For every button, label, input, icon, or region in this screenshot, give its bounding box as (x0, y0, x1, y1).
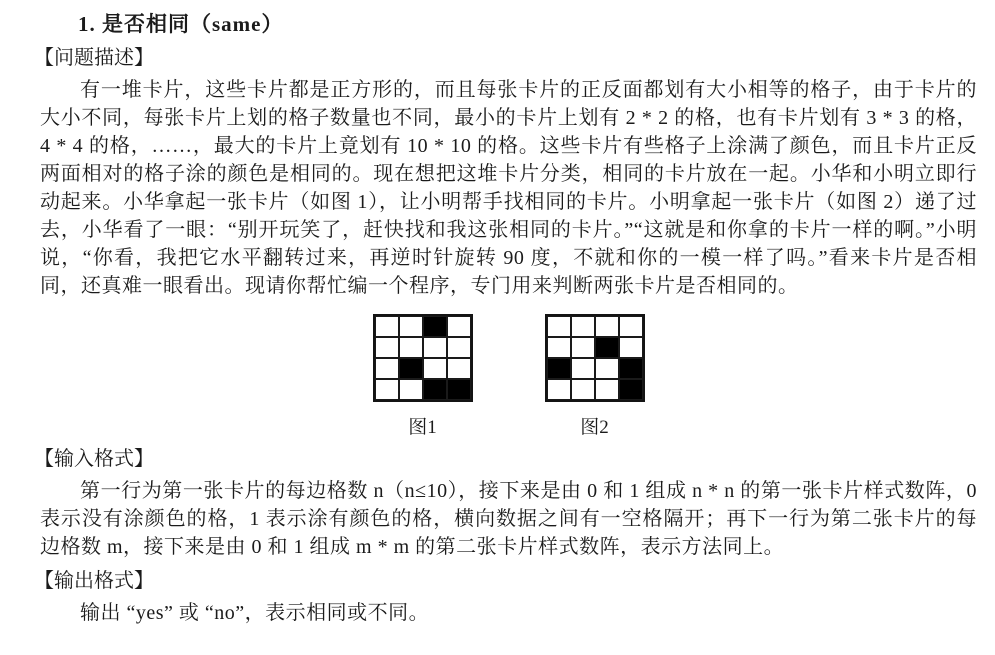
empty-cell (595, 358, 619, 379)
filled-cell (423, 379, 447, 400)
input-description: 第一行为第一张卡片的每边格数 n（n≤10），接下来是由 0 和 1 组成 n … (40, 477, 977, 561)
empty-cell (571, 337, 595, 358)
figure-1: 图1 (373, 314, 473, 439)
page-title: 1. 是否相同（same） (78, 8, 977, 38)
empty-cell (447, 316, 471, 337)
filled-cell (595, 337, 619, 358)
document-page: 1. 是否相同（same） 【问题描述】 有一堆卡片，这些卡片都是正方形的，而且… (0, 0, 995, 655)
empty-cell (595, 379, 619, 400)
empty-cell (399, 379, 423, 400)
filled-cell (619, 358, 643, 379)
problem-description: 有一堆卡片，这些卡片都是正方形的，而且每张卡片的正反面都划有大小相等的格子，由于… (40, 76, 977, 300)
empty-cell (619, 337, 643, 358)
output-section-header: 【输出格式】 (34, 567, 977, 595)
filled-cell (619, 379, 643, 400)
figures-row: 图1 图2 (40, 314, 977, 439)
empty-cell (375, 316, 399, 337)
empty-cell (595, 316, 619, 337)
empty-cell (423, 358, 447, 379)
card-grid-2 (545, 314, 645, 402)
filled-cell (423, 316, 447, 337)
input-section-header: 【输入格式】 (34, 445, 977, 473)
empty-cell (619, 316, 643, 337)
empty-cell (547, 337, 571, 358)
empty-cell (447, 337, 471, 358)
figure-1-label: 图1 (408, 412, 437, 439)
empty-cell (547, 316, 571, 337)
empty-cell (547, 379, 571, 400)
empty-cell (375, 379, 399, 400)
filled-cell (399, 358, 423, 379)
empty-cell (375, 358, 399, 379)
figure-2: 图2 (545, 314, 645, 439)
figure-2-label: 图2 (580, 412, 609, 439)
empty-cell (571, 358, 595, 379)
filled-cell (447, 379, 471, 400)
empty-cell (571, 316, 595, 337)
empty-cell (375, 337, 399, 358)
empty-cell (399, 337, 423, 358)
empty-cell (423, 337, 447, 358)
empty-cell (399, 316, 423, 337)
output-description: 输出 “yes” 或 “no”，表示相同或不同。 (40, 599, 977, 627)
filled-cell (547, 358, 571, 379)
empty-cell (571, 379, 595, 400)
problem-section-header: 【问题描述】 (34, 44, 977, 72)
empty-cell (447, 358, 471, 379)
card-grid-1 (373, 314, 473, 402)
